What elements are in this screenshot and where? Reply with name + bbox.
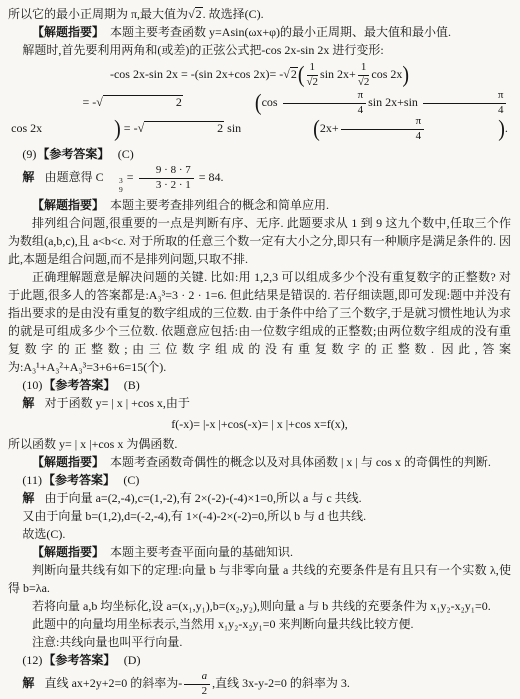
solution-line-11b: 又由于向量 b=(1,2),d=(-2,-4),有 1×(-4)-2×(-2)=… xyxy=(8,507,511,525)
radical-sign: √ xyxy=(96,95,103,109)
radicand: 2 xyxy=(103,95,183,110)
display-equation-parity: f(-x)= |-x |+cos(-x)= | x |+cos x=f(x), xyxy=(8,415,511,433)
denominator: 4 xyxy=(344,130,422,143)
solve-label: 解 xyxy=(22,396,34,410)
display-equation-1: -cos 2x-sin 2x = -(sin 2x+cos 2x)= -√2(1… xyxy=(8,62,511,88)
hint-8: 【解题指要】 本题主要考查函数 y=Asin(ωx+φ)的最小正周期、最大值和最… xyxy=(8,23,511,41)
denominator: 4 xyxy=(286,104,364,117)
right-paren: ) xyxy=(42,118,121,141)
conclusion-text: 所以函数 y= | x |+cos x 为偶函数. xyxy=(8,437,177,451)
hint-label: 【解题指要】 xyxy=(32,545,104,559)
sol9-text: 由题意得 C xyxy=(45,170,104,184)
radical-sign: √ xyxy=(138,121,145,135)
sqrt-2: √2 xyxy=(283,67,298,81)
para-text: 若将向量 a,b 均坐标化,设 a=(x₁,y₁),b=(x₂,y₂),则向量 … xyxy=(32,599,491,613)
line-period-conclusion: 所以它的最小正周期为 π,最大值为√2. 故选择(C). xyxy=(8,5,511,23)
solution-line-9: 解由题意得 C39 = 9 · 8 · 73 · 2 · 1 = 84. xyxy=(8,165,511,194)
sol12-tail: ,直线 3x-y-2=0 的斜率为 3. xyxy=(212,676,350,690)
left-paren: ( xyxy=(183,92,262,115)
question-number: (11) xyxy=(22,473,42,487)
right-paren: ) xyxy=(402,64,409,87)
answer-choice: (C) xyxy=(123,473,139,487)
eq1-tail: cos 2x xyxy=(371,67,402,81)
solution-line-11a: 解由于向量 a=(2,-4),c=(1,-2),有 2×(-2)-(-4)×1=… xyxy=(8,489,511,507)
parity-equation: f(-x)= |-x |+cos(-x)= | x |+cos x=f(x), xyxy=(171,417,347,431)
hint-11: 【解题指要】 本题主要考查平面向量的基础知识. xyxy=(8,543,511,561)
hint-text: 本题考查函数奇偶性的概念以及对具体函数 | x | 与 cos x 的奇偶性的判… xyxy=(110,455,491,469)
sol11a-text: 由于向量 a=(2,-4),c=(1,-2),有 2×(-2)-(-4)×1=0… xyxy=(45,491,362,505)
answer-line-12: (12)【参考答案】(D) xyxy=(8,651,511,669)
hint-10: 【解题指要】 本题考查函数奇偶性的概念以及对具体函数 | x | 与 cos x… xyxy=(8,453,511,471)
para-coordinates: 若将向量 a,b 均坐标化,设 a=(x₁,y₁),b=(x₂,y₂),则向量 … xyxy=(8,597,511,615)
fraction-pi-over-4: π4 xyxy=(423,90,507,116)
solution-line-12: 解直线 ax+2y+2=0 的斜率为-a2,直线 3x-y-2=0 的斜率为 3… xyxy=(8,671,511,697)
solve-label: 解 xyxy=(22,491,34,505)
answer-choice: (C) xyxy=(118,147,134,161)
radical-sign: √ xyxy=(188,7,195,21)
solution-line-11c: 故选(C). xyxy=(8,525,511,543)
para-combination-1: 排列组合问题,很重要的一点是判断有序、无序. 此题要求从 1 到 9 这九个数中… xyxy=(8,214,511,268)
hint-text: 本题主要考查函数 y=Asin(ωx+φ)的最小正周期、最大值和最小值. xyxy=(110,25,451,39)
hint-label: 【解题指要】 xyxy=(32,25,104,39)
answer-line-10: (10)【参考答案】(B) xyxy=(8,376,511,394)
line-even-conclusion: 所以函数 y= | x |+cos x 为偶函数. xyxy=(8,435,511,453)
numerator: 9 · 8 · 7 xyxy=(139,165,194,179)
radicand: 2 xyxy=(195,7,203,22)
answer-label: 【参考答案】 xyxy=(43,473,115,487)
hint-text: 本题主要考查平面向量的基础知识. xyxy=(110,545,293,559)
eq2-t6: sin xyxy=(224,121,241,135)
hint-9: 【解题指要】 本题主要考查排列组合的概念和简单应用. xyxy=(8,196,511,214)
question-number: (12) xyxy=(22,653,42,667)
conclusion-text-post: . 故选择(C). xyxy=(203,7,264,21)
sol11c-text: 故选(C). xyxy=(22,527,65,541)
numerator: 1 xyxy=(307,62,319,76)
answer-choice: (D) xyxy=(124,653,141,667)
para-text: 此题中的向量均用坐标表示,当然用 x₁y₂-x₂y₁=0 来判断向量共线比较方便… xyxy=(32,617,414,631)
note-text: 注意:共线向量也叫平行向量. xyxy=(32,635,182,649)
radical-sign: √ xyxy=(283,67,290,81)
numerator: π xyxy=(341,116,425,130)
answer-line-11: (11)【参考答案】(C) xyxy=(8,471,511,489)
eq2-t2: cos xyxy=(262,95,281,109)
fraction-1-over-sqrt2: 1√2 xyxy=(358,62,370,88)
sol11b-text: 又由于向量 b=(1,2),d=(-2,-4),有 1×(-4)-2×(-2)=… xyxy=(22,509,366,523)
eq1-lhs: -cos 2x-sin 2x = -(sin 2x+cos 2x)= - xyxy=(110,67,283,81)
eq2-t1: = - xyxy=(83,95,97,109)
line-transform-intro: 解题时,首先要利用两角和(或差)的正弦公式把-cos 2x-sin 2x 进行变… xyxy=(8,41,511,59)
right-paren: ) xyxy=(426,118,505,141)
solve-label: 解 xyxy=(22,170,34,184)
answer-label: 【参考答案】 xyxy=(43,653,115,667)
conclusion-text-pre: 所以它的最小正周期为 π,最大值为 xyxy=(8,7,188,21)
fraction-pi-over-4: π4 xyxy=(283,90,367,116)
line-note-parallel: 注意:共线向量也叫平行向量. xyxy=(8,633,511,651)
question-number: (9) xyxy=(22,147,36,161)
sol12-text: 直线 ax+2y+2=0 的斜率为- xyxy=(45,676,183,690)
eq2-t5: = - xyxy=(121,121,138,135)
eq2-t8: . xyxy=(505,121,508,135)
numerator: π xyxy=(283,90,367,104)
radicand: 2 xyxy=(290,67,298,82)
denominator: √2 xyxy=(307,76,319,89)
numerator: π xyxy=(423,90,507,104)
denominator: 2 xyxy=(187,685,207,698)
numerator: a xyxy=(184,671,210,685)
superscript: 3 xyxy=(105,176,123,185)
para-text: 排列组合问题,很重要的一点是判断有序、无序. 此题要求从 1 到 9 这九个数中… xyxy=(8,216,511,266)
denominator: 3 · 2 · 1 xyxy=(142,179,191,192)
solve-label: 解 xyxy=(22,676,34,690)
answer-label: 【参考答案】 xyxy=(37,147,109,161)
fraction-a-over-2: a2 xyxy=(184,671,210,697)
eq2-t3: sin 2x+sin xyxy=(368,95,421,109)
para-collinear-theorem: 判断向量共线有如下的定理:向量 b 与非零向量 a 共线的充要条件是有且只有一个… xyxy=(8,561,511,597)
denominator: 4 xyxy=(426,104,504,117)
radicand: 2 xyxy=(144,121,224,136)
numerator: 1 xyxy=(358,62,370,76)
denominator: √2 xyxy=(358,76,370,89)
question-number: (10) xyxy=(22,378,42,392)
answer-label: 【参考答案】 xyxy=(43,378,115,392)
para-text: 判断向量共线有如下的定理:向量 b 与非零向量 a 共线的充要条件是有且只有一个… xyxy=(8,563,511,595)
solution-line-10: 解对于函数 y= | x | +cos x,由于 xyxy=(8,394,511,412)
fraction-1-over-sqrt2: 1√2 xyxy=(307,62,319,88)
left-paren: ( xyxy=(241,118,320,141)
hint-text: 本题主要考查排列组合的概念和简单应用. xyxy=(110,198,329,212)
para-coordinate-method: 此题中的向量均用坐标表示,当然用 x₁y₂-x₂y₁=0 来判断向量共线比较方便… xyxy=(8,615,511,633)
eq2-t7: 2x+ xyxy=(320,121,339,135)
subscript: 9 xyxy=(105,185,123,194)
display-equation-2: = -√2(cos π4sin 2x+sin π4cos 2x) = -√2 s… xyxy=(8,90,511,142)
combination-sup-sub: 39 xyxy=(105,176,123,194)
eq2-t4: cos 2x xyxy=(11,121,42,135)
scanned-solution-page: 所以它的最小正周期为 π,最大值为√2. 故选择(C). 【解题指要】 本题主要… xyxy=(0,0,520,699)
sqrt-2: √2 xyxy=(188,7,203,21)
answer-choice: (B) xyxy=(124,378,140,392)
para-combination-2: 正确理解题意是解决问题的关键. 比如:用 1,2,3 可以组成多少个没有重复数字… xyxy=(8,268,511,376)
fraction-pi-over-4: π4 xyxy=(341,116,425,142)
sqrt-2: √2 xyxy=(96,95,183,109)
hint-label: 【解题指要】 xyxy=(32,198,104,212)
sol9-eq: = xyxy=(124,170,137,184)
answer-line-9: (9)【参考答案】(C) xyxy=(8,145,511,163)
sqrt-2: √2 xyxy=(138,121,225,135)
left-paren: ( xyxy=(298,64,305,87)
hint-label: 【解题指要】 xyxy=(32,455,104,469)
fraction-987-over-321: 9 · 8 · 73 · 2 · 1 xyxy=(139,165,194,191)
sol9-result: = 84. xyxy=(196,170,224,184)
eq1-mid: sin 2x+ xyxy=(320,67,356,81)
sol10-text: 对于函数 y= | x | +cos x,由于 xyxy=(45,396,190,410)
intro-text: 解题时,首先要利用两角和(或差)的正弦公式把-cos 2x-sin 2x 进行变… xyxy=(22,43,383,57)
para-text: 正确理解题意是解决问题的关键. 比如:用 1,2,3 可以组成多少个没有重复数字… xyxy=(8,270,511,374)
